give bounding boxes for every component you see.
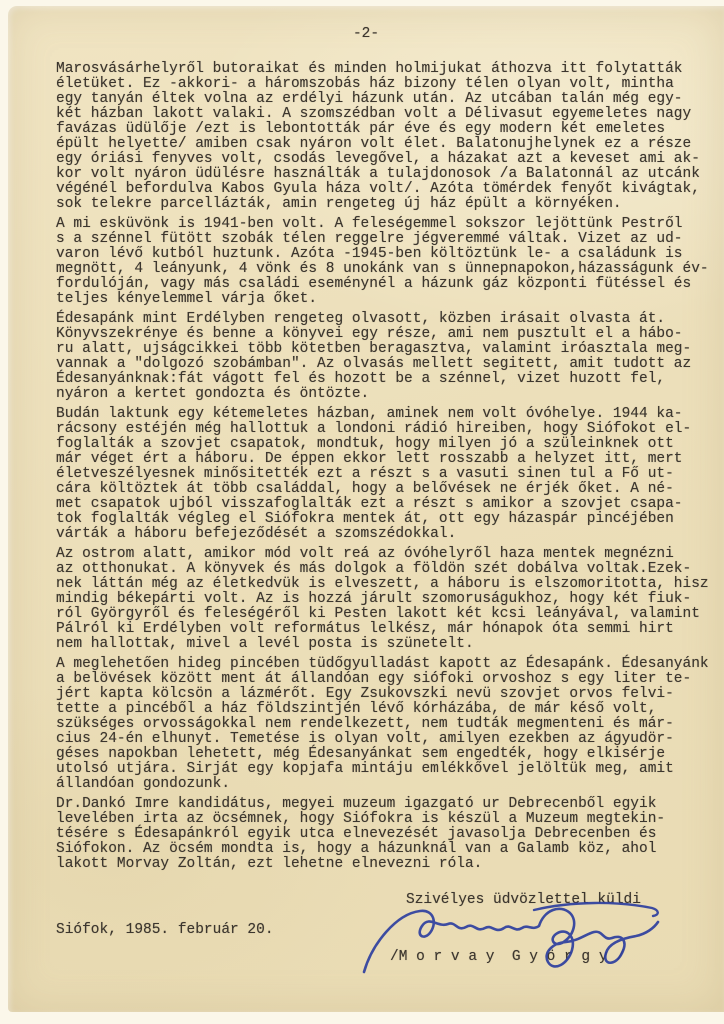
paragraph-moving-in: Marosvásárhelyről butoraikat és minden h… [56,62,724,212]
paragraph-father-death: A meglehetően hideg pincében tüdőgyullad… [56,657,724,792]
paragraph-street-naming: Dr.Dankó Imre kandidátus, megyei muzeum … [56,797,724,872]
paragraph-buda-1944: Budán laktunk egy kétemeletes házban, am… [56,407,724,542]
paper-sheet: -2- Marosvásárhelyről butoraikat és mind… [8,6,724,1012]
date-line: Siófok, 1985. február 20. [56,923,274,938]
paragraph-siege: Az ostrom alatt, amikor mód volt reá az … [56,547,724,652]
typed-signature-name: /M o r v a y G y ö r g y / [390,950,625,965]
paragraph-wedding-family: A mi esküvönk is 1941-ben volt. A felesé… [56,217,724,307]
handwritten-signature [356,898,668,994]
letter-body: Marosvásárhelyről butoraikat és minden h… [56,62,724,877]
paragraph-father-reading: Édesapánk mint Erdélyben rengeteg olvaso… [56,312,724,402]
page-number: -2- [8,27,724,42]
closing-salutation: Szivélyes üdvözlettel küldi [406,893,641,908]
scanned-letter-page: -2- Marosvásárhelyről butoraikat és mind… [0,0,724,1024]
